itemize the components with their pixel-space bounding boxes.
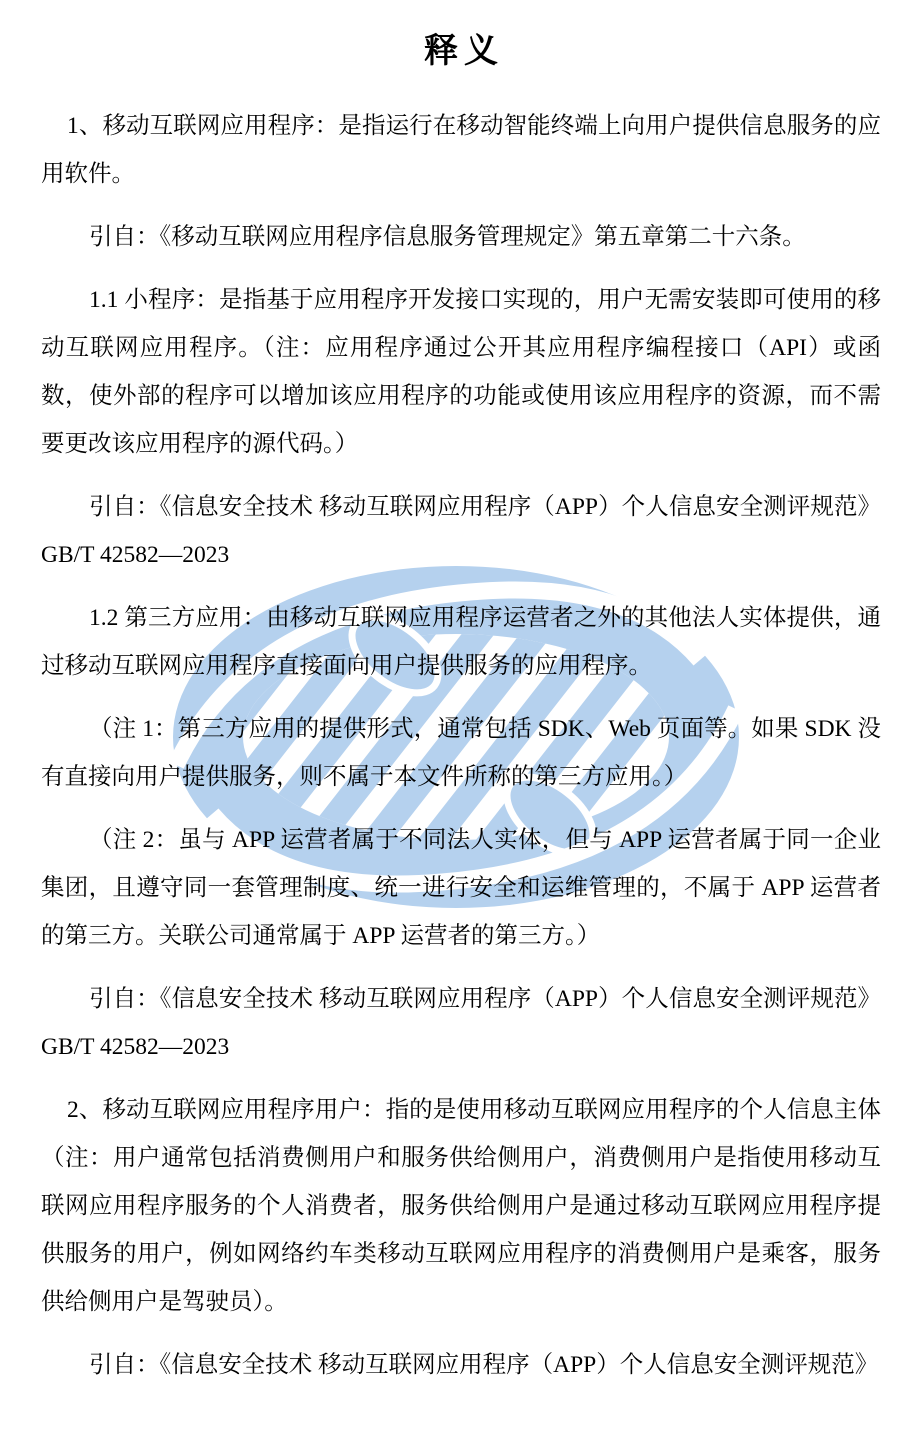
paragraph-definition-thirdparty: 1.2 第三方应用：由移动互联网应用程序运营者之外的其他法人实体提供，通过移动互… <box>41 594 881 690</box>
page-title: 释义 <box>41 30 881 74</box>
paragraph-definition-app-user: 2、移动互联网应用程序用户：指的是使用移动互联网应用程序的个人信息主体（注：用户… <box>41 1086 881 1326</box>
paragraph-citation-gbt-3: 引自：《信息安全技术 移动互联网应用程序（APP）个人信息安全测评规范》 <box>41 1341 881 1389</box>
paragraph-citation-gbt-2: 引自：《信息安全技术 移动互联网应用程序（APP）个人信息安全测评规范》GB/T… <box>41 975 881 1071</box>
paragraph-definition-miniprogram: 1.1 小程序：是指基于应用程序开发接口实现的，用户无需安装即可使用的移动互联网… <box>41 276 881 468</box>
paragraph-note-1: （注 1：第三方应用的提供形式，通常包括 SDK、Web 页面等。如果 SDK … <box>41 705 881 801</box>
paragraph-citation-regulation: 引自：《移动互联网应用程序信息服务管理规定》第五章第二十六条。 <box>41 213 881 261</box>
document-page: 释义 1、移动互联网应用程序：是指运行在移动智能终端上向用户提供信息服务的应用软… <box>0 0 921 1452</box>
paragraph-note-2: （注 2：虽与 APP 运营者属于不同法人实体，但与 APP 运营者属于同一企业… <box>41 816 881 960</box>
document-body: 释义 1、移动互联网应用程序：是指运行在移动智能终端上向用户提供信息服务的应用软… <box>0 0 921 1389</box>
paragraph-citation-gbt-1: 引自：《信息安全技术 移动互联网应用程序（APP）个人信息安全测评规范》GB/T… <box>41 483 881 579</box>
paragraph-definition-app: 1、移动互联网应用程序：是指运行在移动智能终端上向用户提供信息服务的应用软件。 <box>41 102 881 198</box>
